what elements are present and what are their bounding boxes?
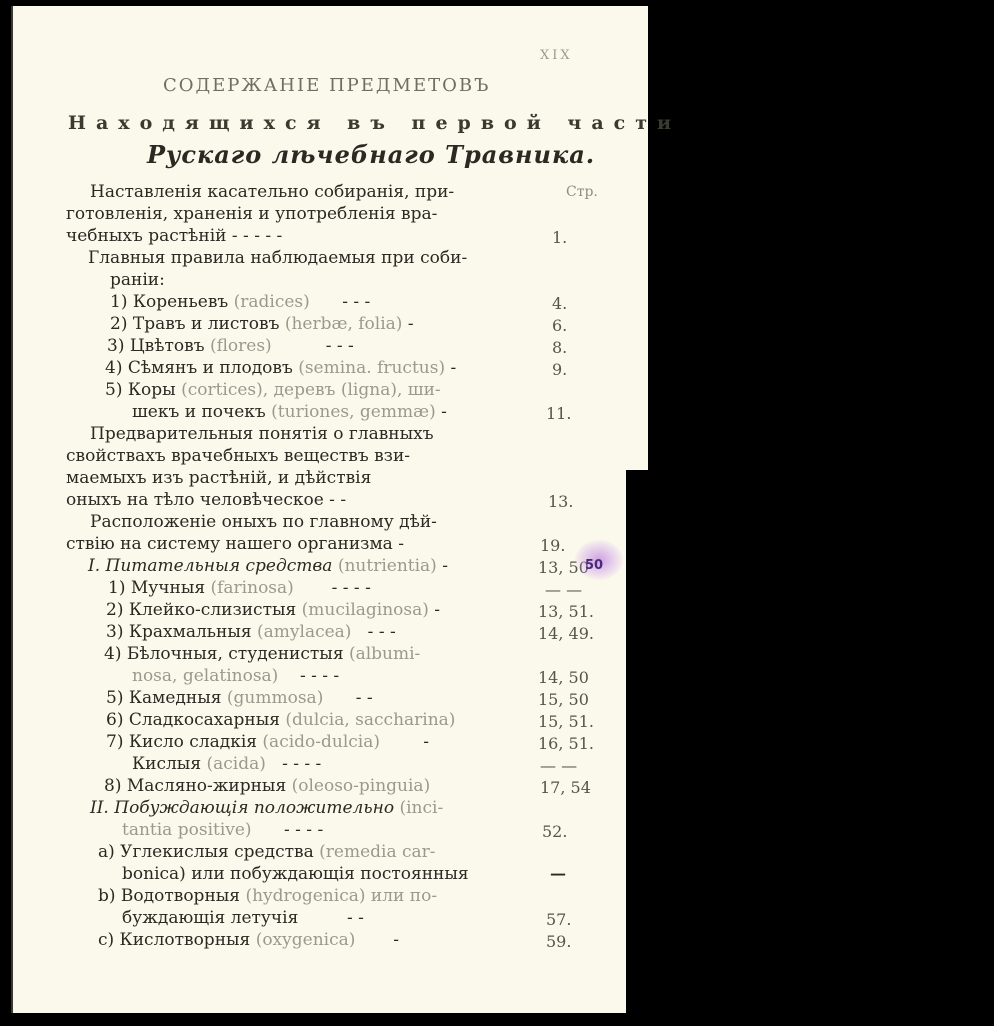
toc-entry: 5) Камедныя (gummosa) - - <box>106 688 373 708</box>
toc-entry: оныхъ на тѣло человѣческое - - <box>66 490 346 510</box>
toc-entry: 4) Бѣлочныя, студенистыя (albumi- <box>104 644 420 664</box>
page-ref: 13, 51. <box>538 602 594 621</box>
toc-entry: шекъ и почекъ (turiones, gemmæ) - <box>132 402 447 422</box>
toc-entry: 5) Коры (cortices), деревъ (ligna), ши- <box>105 380 441 400</box>
toc-entry: 2) Клейко-слизистыя (mucilaginosa) - <box>106 600 440 620</box>
toc-entry: 7) Кисло сладкія (acido-dulcia) - <box>106 732 429 752</box>
folio-number: XIX <box>540 46 573 66</box>
toc-entry: 8) Масляно-жирныя (oleoso-pinguia) <box>104 776 430 796</box>
toc-entry: 2) Травъ и листовъ (herbæ, folia) - <box>110 314 414 334</box>
page-ref: 13. <box>548 492 573 511</box>
toc-entry: 4) Сѣмянъ и плодовъ (semina. fructus) - <box>105 358 456 378</box>
toc-entry: раніи: <box>110 270 165 290</box>
toc-entry: bonica) или побуждающія постоянныя <box>122 864 469 884</box>
book-title: Рускаго лѣчебнаго Травника. <box>147 145 595 165</box>
page-ref: — <box>550 864 566 883</box>
page-ref: 6. <box>552 316 567 335</box>
part-heading: Находящихся въ первой части <box>68 113 681 133</box>
toc-entry: буждающія летучія - - <box>122 908 364 928</box>
page-ref: — — <box>540 756 577 775</box>
page-ref: 52. <box>542 822 567 841</box>
toc-entry: I. Питательныя средства (nutrientia) - <box>88 556 448 576</box>
toc-entry: Предварительныя понятія о главныхъ <box>90 424 434 444</box>
page-ref: 1. <box>552 228 567 247</box>
toc-entry: II. Побуждающія положительно (inci- <box>90 798 443 818</box>
page-ref: 14, 50 <box>538 668 589 687</box>
toc-entry: a) Углекислыя средства (remedia car- <box>98 842 436 862</box>
page-ref: — — <box>545 580 582 599</box>
toc-entry: маемыхъ изъ растѣній, и дѣйствія <box>66 468 371 488</box>
page-ref: 11. <box>546 404 571 423</box>
page-ref: 17, 54 <box>540 778 591 797</box>
toc-entry: tantia positive) - - - - <box>122 820 323 840</box>
toc-entry: готовленія, храненія и употребленія вра- <box>66 204 437 224</box>
toc-entry: Наставленія касательно собиранія, при- <box>90 182 454 202</box>
toc-entry: 1) Мучныя (farinosa) - - - - <box>108 578 371 598</box>
page-ref: 59. <box>546 932 571 951</box>
toc-entry: свойствахъ врачебныхъ веществъ взи- <box>66 446 410 466</box>
toc-entry: 3) Крахмальныя (amylacea) - - - <box>106 622 396 642</box>
toc-entry: 1) Кореньевъ (radices) - - - <box>110 292 370 312</box>
contents-heading: СОДЕРЖАНІЕ ПРЕДМЕТОВЪ <box>163 76 490 96</box>
toc-entry: 6) Сладкосахарныя (dulcia, saccharina) <box>106 710 455 730</box>
page-ref: 8. <box>552 338 567 357</box>
page-ref: 9. <box>552 360 567 379</box>
page-ref: 16, 51. <box>538 734 594 753</box>
toc-entry: c) Кислотворныя (oxygenica) - <box>98 930 399 950</box>
page-ref: 4. <box>552 294 567 313</box>
page-ref: 15, 50 <box>538 690 589 709</box>
stamp-text: 50 <box>585 558 603 573</box>
toc-entry: nosa, gelatinosa) - - - - <box>132 666 339 686</box>
page-ref: 14, 49. <box>538 624 594 643</box>
page-ref: 15, 51. <box>538 712 594 731</box>
page-edge-shadow <box>626 470 648 1015</box>
toc-entry: Кислыя (acida) - - - - <box>132 754 321 774</box>
page-ref: 57. <box>546 910 571 929</box>
page-ref: 19. <box>540 536 565 555</box>
toc-entry: b) Водотворныя (hydrogenica) или по- <box>98 886 437 906</box>
toc-entry: Главныя правила наблюдаемыя при соби- <box>88 248 467 268</box>
toc-entry: ствію на систему нашего организма - <box>66 534 404 554</box>
margin-note: Стр. <box>566 182 598 202</box>
toc-entry: 3) Цвѣтовъ (flores) - - - <box>107 336 354 356</box>
toc-entry: Расположеніе оныхъ по главному дѣй- <box>90 512 437 532</box>
toc-entry: чебныхъ растѣній - - - - - <box>66 226 282 246</box>
